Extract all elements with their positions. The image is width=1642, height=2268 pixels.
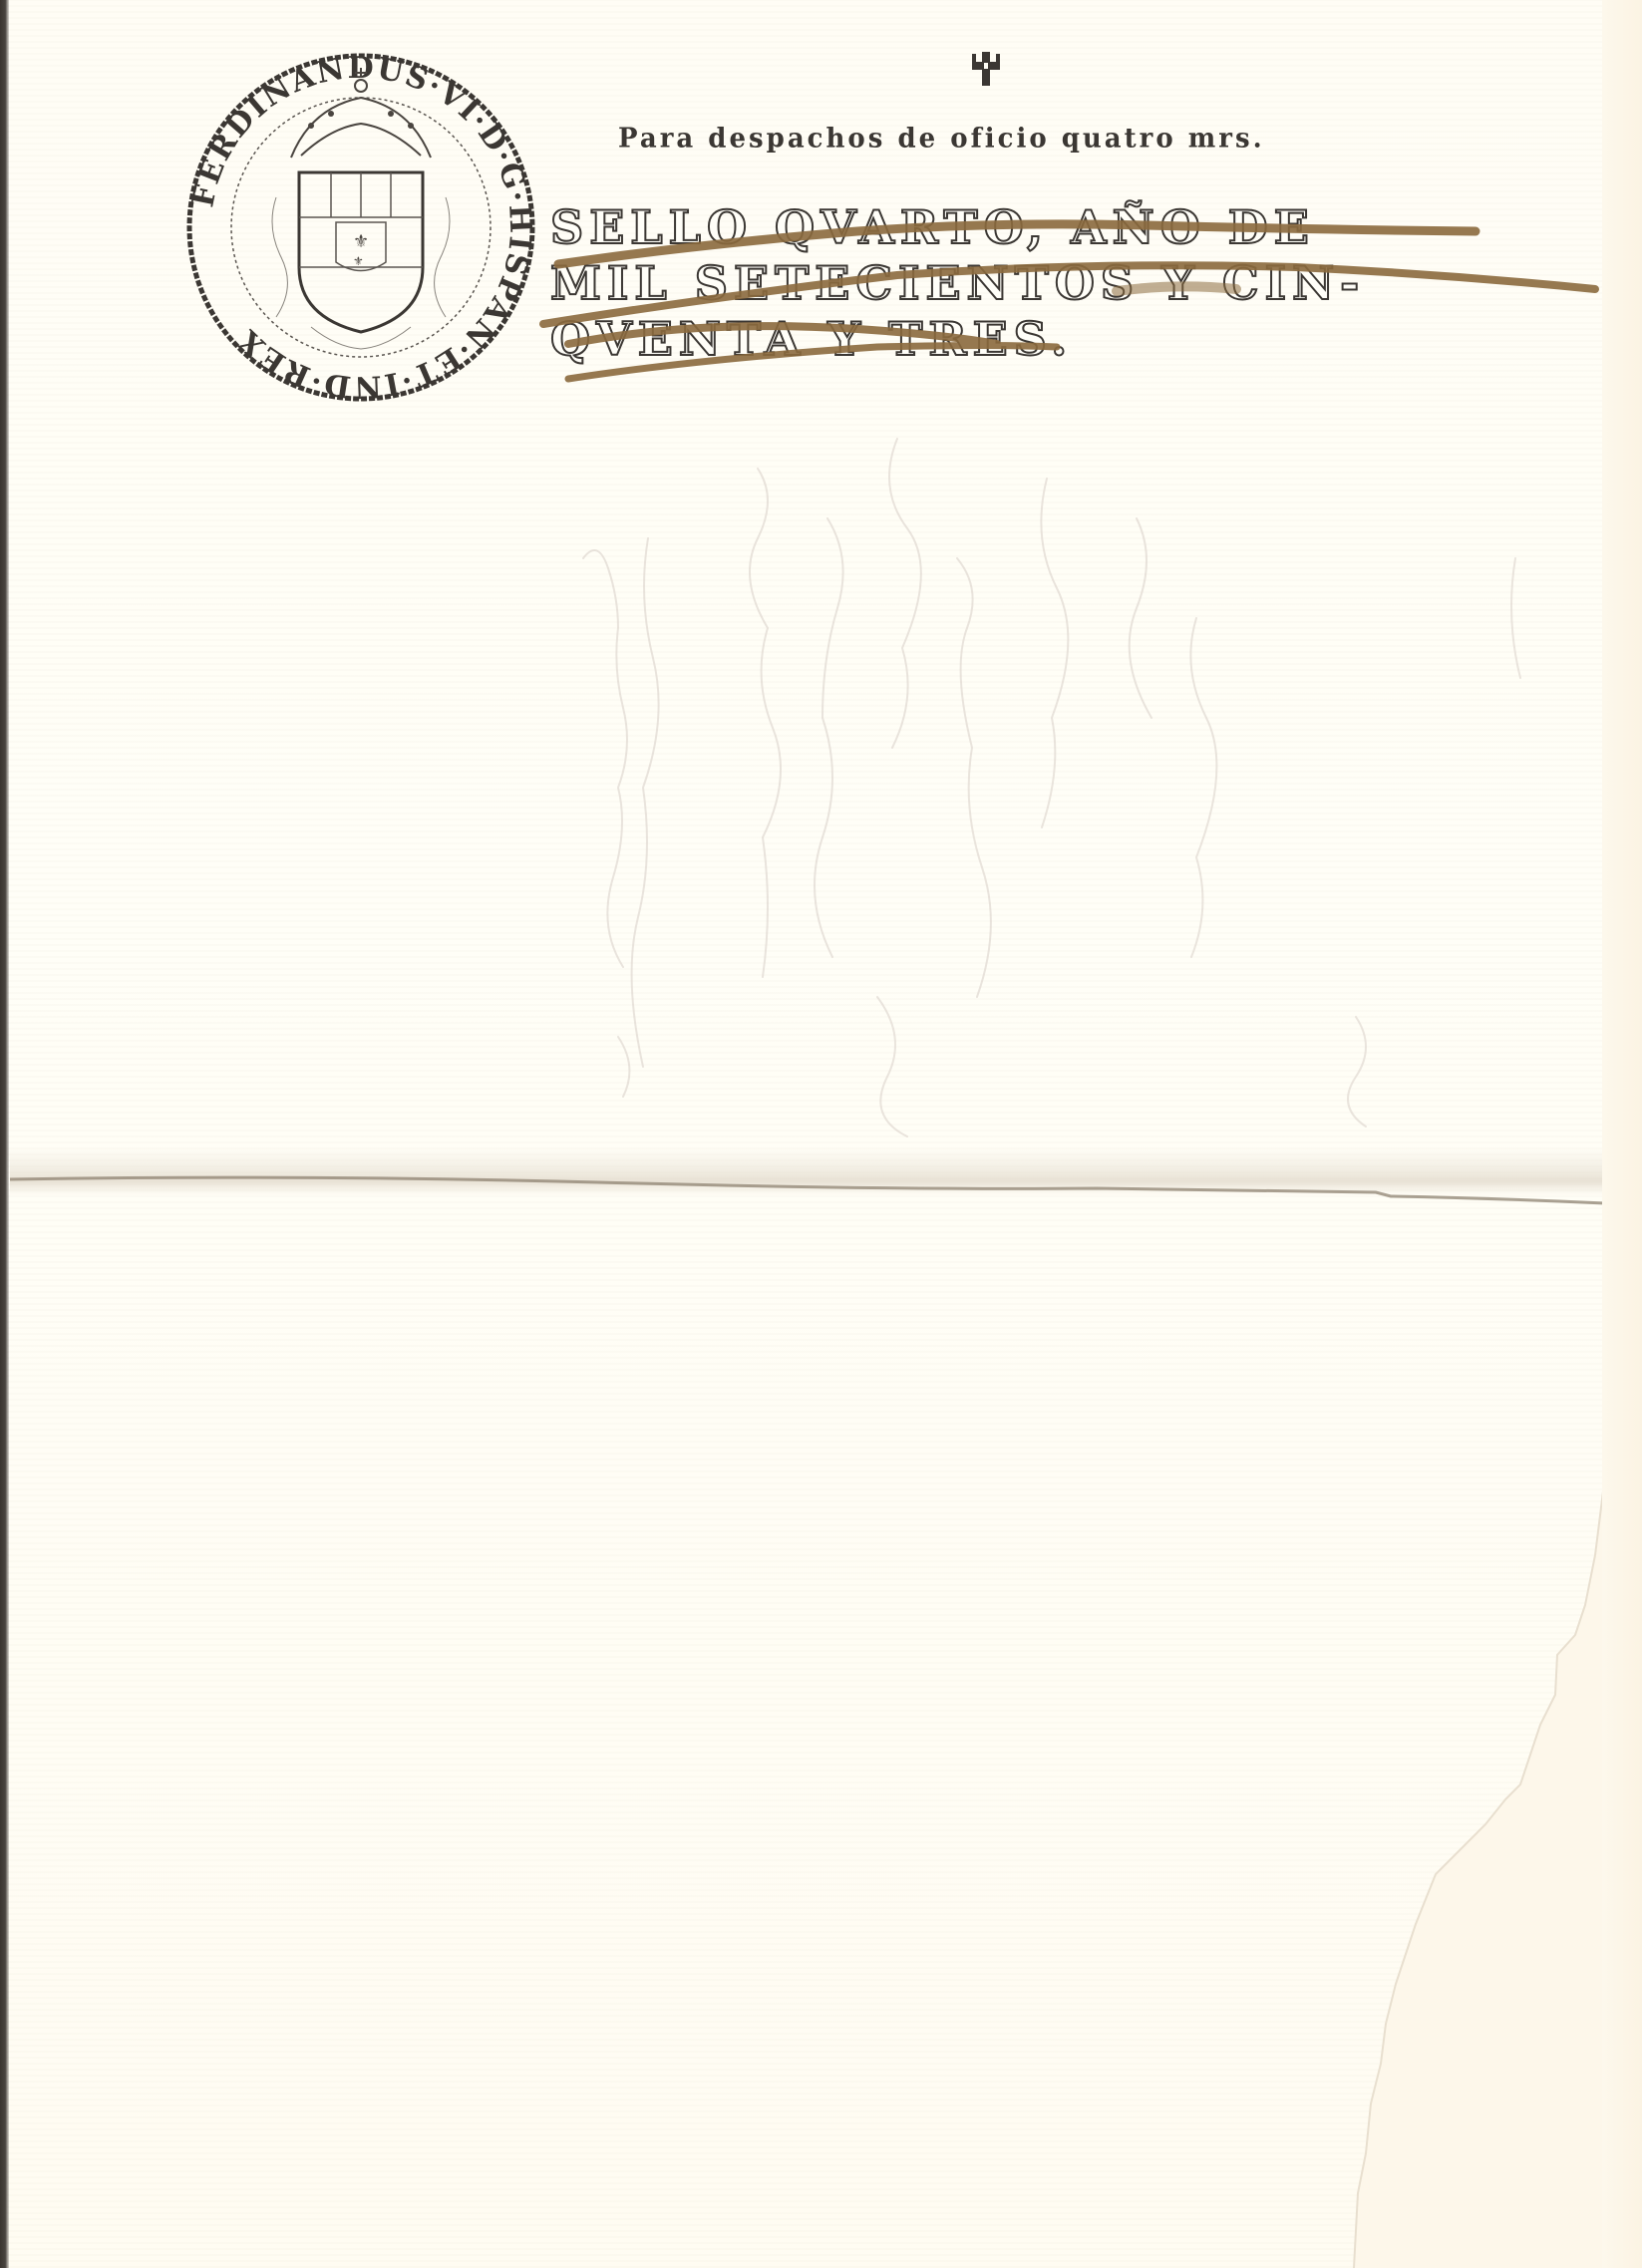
stamp-header-text: Para despachos de oficio quatro mrs. bbox=[618, 123, 1376, 155]
stamp-line-2: MIL SETECIENTOS Y CIN- bbox=[550, 255, 1487, 311]
cross-icon bbox=[969, 48, 1003, 88]
svg-text:⚜: ⚜ bbox=[353, 231, 369, 252]
scanner-margin-right bbox=[1602, 0, 1642, 2268]
stamp-line-3: QVENTA Y TRES. bbox=[550, 311, 1487, 367]
svg-text:FERDINANDUS·VI·D·G·HISPAN·ET·I: FERDINANDUS·VI·D·G·HISPAN·ET·IND·REX bbox=[185, 51, 537, 404]
scanner-margin-left bbox=[0, 0, 9, 2268]
stamp-text-block: SELLO QVARTO, AÑO DE MIL SETECIENTOS Y C… bbox=[550, 199, 1487, 367]
royal-seal-icon: FERDINANDUS·VI·D·G·HISPAN·ET·IND·REX ⚜ ⚜ bbox=[181, 48, 540, 407]
svg-text:⚜: ⚜ bbox=[353, 254, 364, 268]
stamp-line-1: SELLO QVARTO, AÑO DE bbox=[550, 199, 1487, 255]
